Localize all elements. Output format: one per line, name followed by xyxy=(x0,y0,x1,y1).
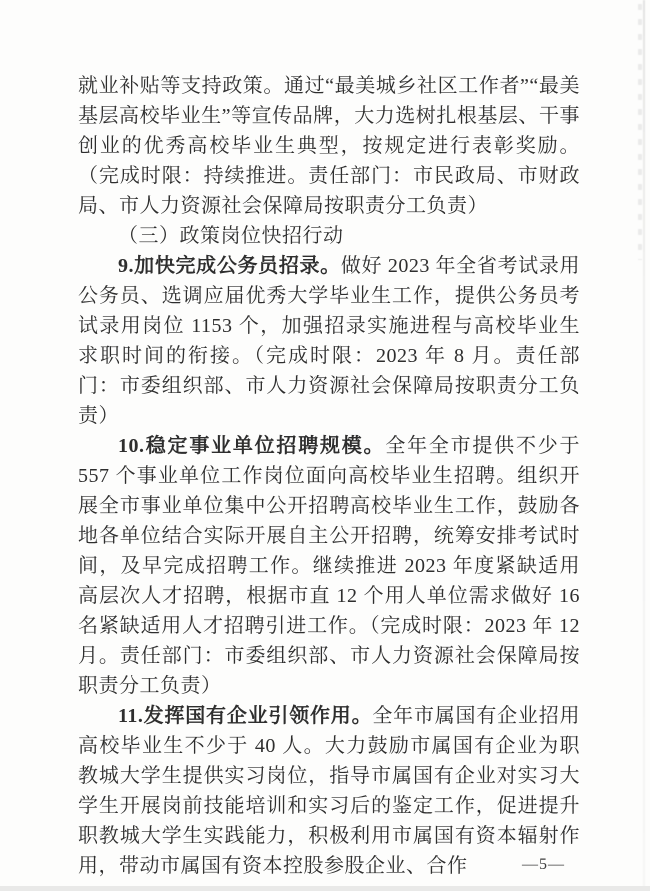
document-body: 就业补贴等支持政策。通过“最美城乡社区工作者”“最美基层高校毕业生”等宣传品牌，… xyxy=(78,71,580,881)
scan-edge-specks xyxy=(638,4,642,260)
paragraph-text: （三）政策岗位快招行动 xyxy=(118,225,344,247)
paragraph-continuation: 就业补贴等支持政策。通过“最美城乡社区工作者”“最美基层高校毕业生”等宣传品牌，… xyxy=(78,71,580,221)
scan-edge-artifact-right xyxy=(643,0,645,891)
paragraph-text: 做好 2023 年全省考试录用公务员、选调应届优秀大学毕业生工作，提供公务员考试… xyxy=(78,255,580,427)
paragraph-item-10: 10.稳定事业单位招聘规模。全年全市提供不少于 557 个事业单位工作岗位面向高… xyxy=(78,431,580,701)
document-page: 就业补贴等支持政策。通过“最美城乡社区工作者”“最美基层高校毕业生”等宣传品牌，… xyxy=(0,0,650,891)
paragraph-text: 全年市属国有企业招用高校毕业生不少于 40 人。大力鼓励市属国有企业为职教城大学… xyxy=(78,705,580,877)
paragraph-text: 就业补贴等支持政策。通过“最美城乡社区工作者”“最美基层高校毕业生”等宣传品牌，… xyxy=(78,75,580,217)
scan-edge-artifact-bottom xyxy=(0,886,650,891)
page-number: —5— xyxy=(522,856,565,874)
section-heading-3: （三）政策岗位快招行动 xyxy=(78,221,580,251)
paragraph-lead-bold: 11.发挥国有企业引领作用。 xyxy=(118,705,372,727)
paragraph-item-9: 9.加快完成公务员招录。做好 2023 年全省考试录用公务员、选调应届优秀大学毕… xyxy=(78,251,580,431)
paragraph-lead-bold: 9.加快完成公务员招录。 xyxy=(118,255,341,277)
paragraph-item-11: 11.发挥国有企业引领作用。全年市属国有企业招用高校毕业生不少于 40 人。大力… xyxy=(78,701,580,881)
paragraph-text: 全年全市提供不少于 557 个事业单位工作岗位面向高校毕业生招聘。组织开展全市事… xyxy=(78,435,580,697)
paragraph-lead-bold: 10.稳定事业单位招聘规模。 xyxy=(118,435,385,457)
